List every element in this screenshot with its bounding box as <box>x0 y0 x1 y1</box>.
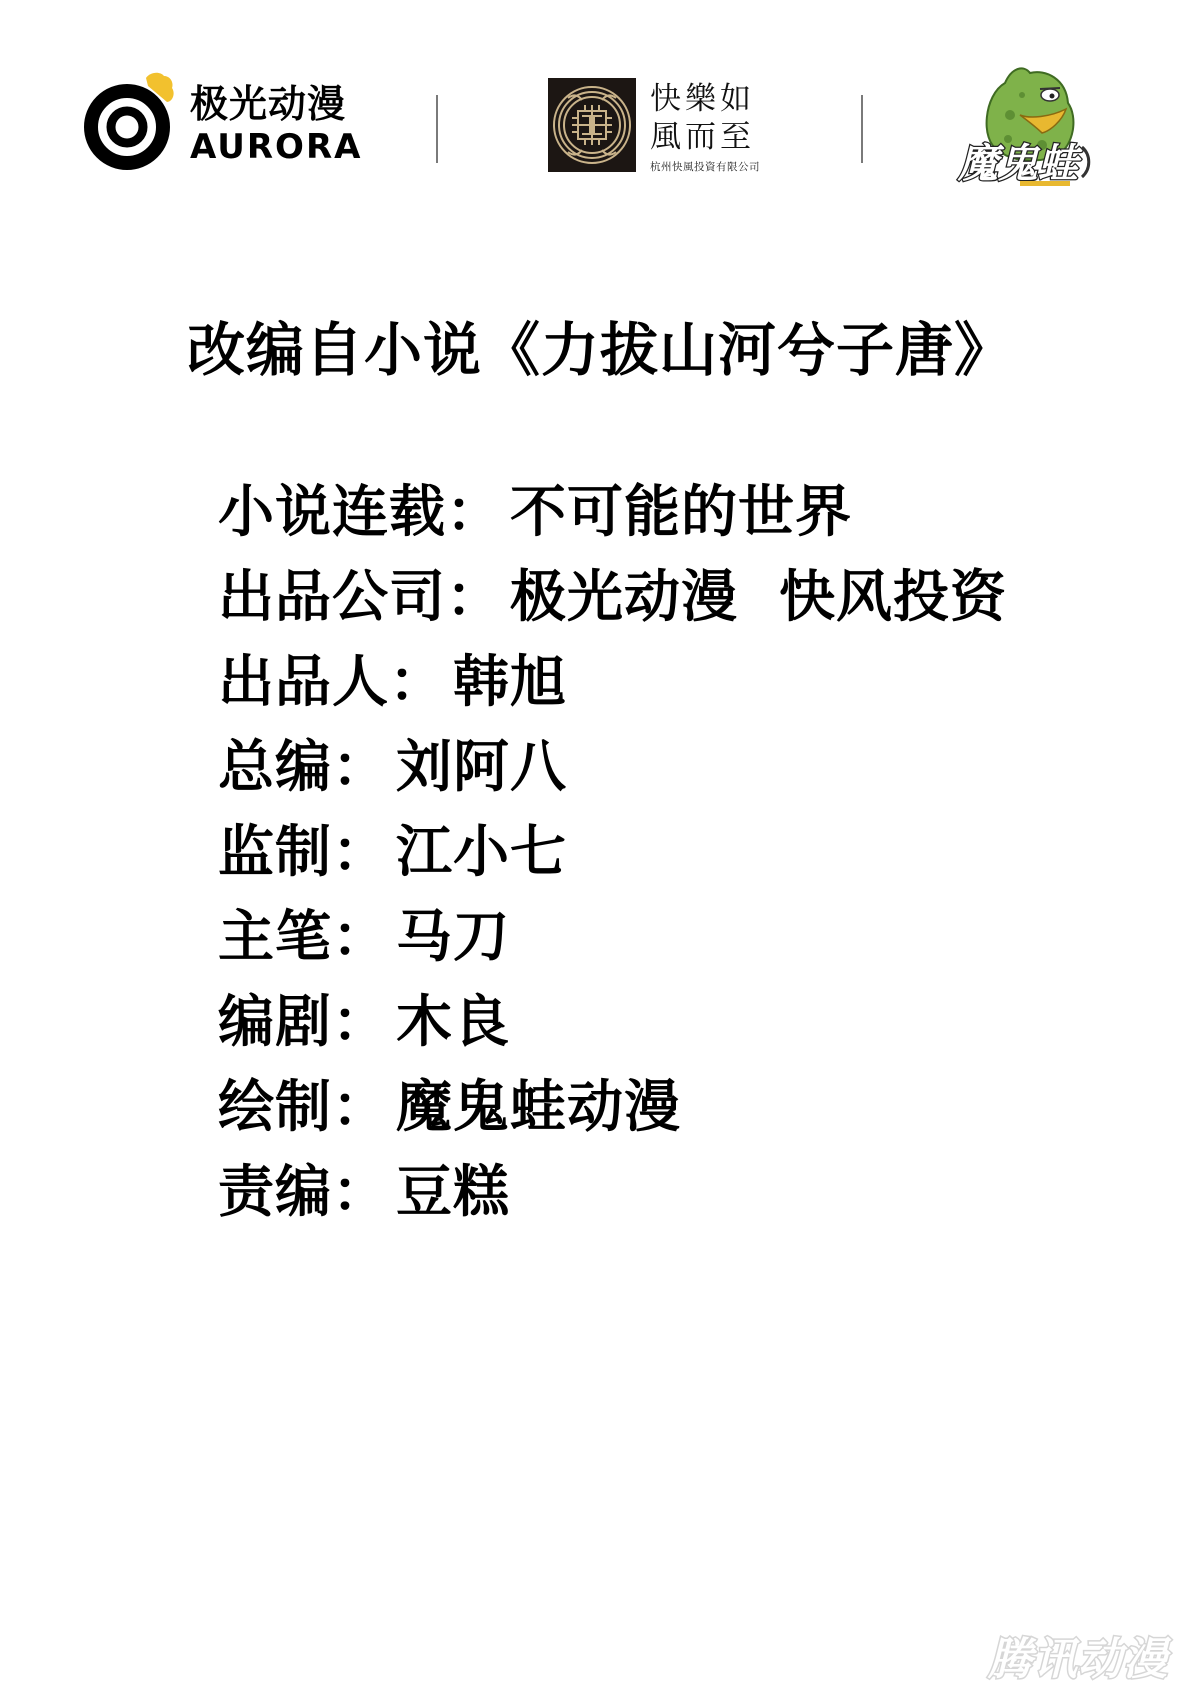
credit-role: 编剧 <box>218 980 332 1065</box>
aurora-name-cn: 极光动漫 <box>190 82 360 126</box>
aurora-logo-text: 极光动漫 AURORA <box>190 82 360 166</box>
credit-role: 出品公司 <box>218 555 446 640</box>
credit-production-company: 出品公司：极光动漫 快风投资 <box>218 555 1007 640</box>
credit-screenwriter: 编剧：木良 <box>218 980 1007 1065</box>
credit-value: 刘阿八 <box>396 725 567 810</box>
credit-value: 魔鬼蛙动漫 <box>396 1065 681 1150</box>
credit-lead-artist: 主笔：马刀 <box>218 895 1007 980</box>
credit-colon: ： <box>389 640 453 725</box>
kuaifeng-slogan-line2: 風而至 <box>650 118 790 156</box>
credit-colon: ： <box>446 555 510 640</box>
credit-supervisor: 监制：江小七 <box>218 810 1007 895</box>
kuaifeng-slogan-line1: 快樂如 <box>650 80 790 118</box>
credit-value: 不可能的世界 <box>510 470 852 555</box>
credit-responsible-editor: 责编：豆糕 <box>218 1150 1007 1235</box>
ornamental-seal-logo-icon <box>548 78 636 172</box>
aurora-logo-icon <box>84 72 184 172</box>
kuaifeng-logo-text: 快樂如 風而至 杭州快風投資有限公司 <box>650 80 790 174</box>
aurora-name-en: AURORA <box>190 128 360 166</box>
credit-value: 豆糕 <box>396 1150 510 1235</box>
credit-value: 木良 <box>396 980 510 1065</box>
tencent-comics-watermark: 腾讯动漫 <box>988 1630 1178 1690</box>
credit-role: 出品人 <box>218 640 389 725</box>
credit-role: 小说连载 <box>218 470 446 555</box>
credit-colon: ： <box>446 470 510 555</box>
credit-role: 总编 <box>218 725 332 810</box>
credit-role: 主笔 <box>218 895 332 980</box>
credit-value: 极光动漫 快风投资 <box>510 555 1007 640</box>
credit-value: 江小七 <box>396 810 567 895</box>
credit-colon: ： <box>332 725 396 810</box>
credit-chief-editor: 总编：刘阿八 <box>218 725 1007 810</box>
credit-colon: ： <box>332 1065 396 1150</box>
kuaifeng-company-name: 杭州快風投資有限公司 <box>650 160 790 174</box>
credit-serialization: 小说连载：不可能的世界 <box>218 470 1007 555</box>
credit-colon: ： <box>332 1150 396 1235</box>
credit-value: 韩旭 <box>453 640 567 725</box>
credit-colon: ： <box>332 895 396 980</box>
credit-role: 监制 <box>218 810 332 895</box>
credits-list: 小说连载：不可能的世界 出品公司：极光动漫 快风投资 出品人：韩旭 总编：刘阿八… <box>218 470 1007 1235</box>
credit-producer: 出品人：韩旭 <box>218 640 1007 725</box>
credit-value: 马刀 <box>396 895 510 980</box>
svg-text:魔鬼蛙: 魔鬼蛙 <box>957 141 1083 187</box>
logo-divider <box>436 95 438 163</box>
page-title: 改编自小说《力拔山河兮子唐》 <box>0 312 1200 388</box>
credit-role: 责编 <box>218 1150 332 1235</box>
credit-illustration: 绘制：魔鬼蛙动漫 <box>218 1065 1007 1150</box>
logo-divider <box>861 95 863 163</box>
green-frog-mascot-logo-icon: 魔鬼蛙 <box>950 55 1115 190</box>
credit-colon: ： <box>332 980 396 1065</box>
credit-role: 绘制 <box>218 1065 332 1150</box>
credit-colon: ： <box>332 810 396 895</box>
